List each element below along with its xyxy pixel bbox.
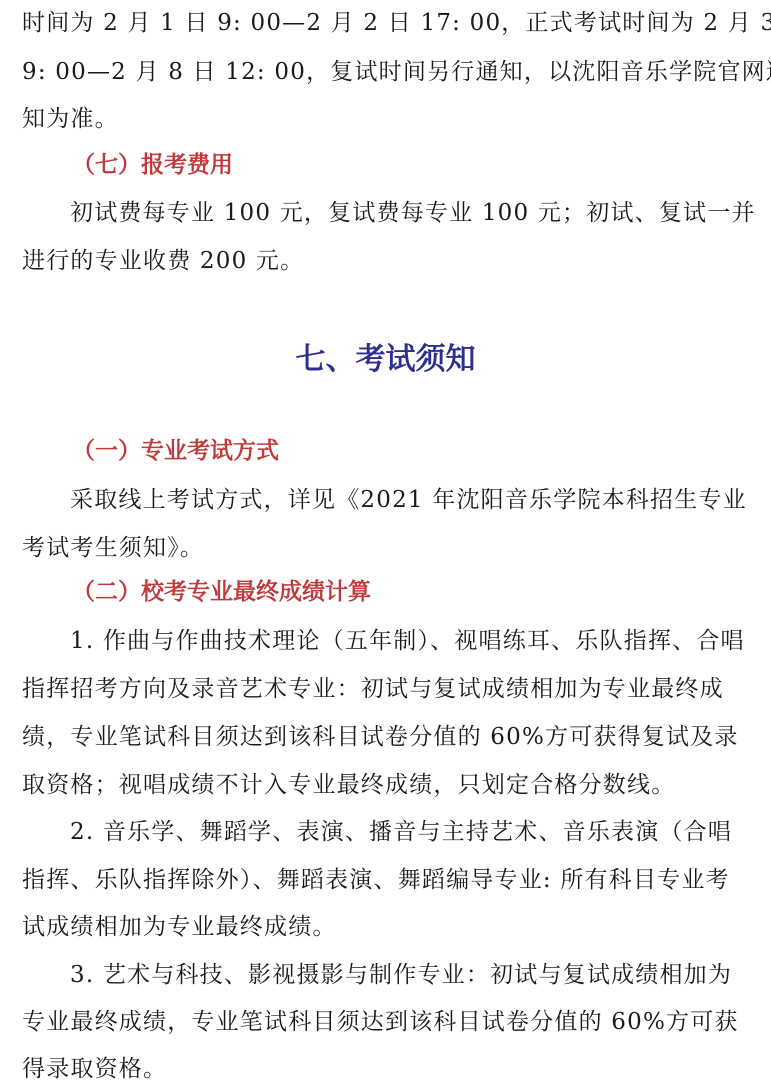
- item2-line-2: 指挥、乐队指挥除外）、舞蹈表演、舞蹈编导专业: 所有科目专业考: [22, 865, 730, 895]
- fee-line-1: 初试费每专业 100 元，复试费每专业 100 元；初试、复试一并: [70, 198, 756, 228]
- intro-line-2: 9: 00—2 月 8 日 12: 00，复试时间另行通知，以沈阳音乐学院官网通: [22, 57, 771, 87]
- intro-line-3: 知为准。: [22, 104, 119, 134]
- intro-line-1: 时间为 2 月 1 日 9: 00—2 月 2 日 17: 00，正式考试时间为…: [22, 8, 771, 38]
- exam-method-heading: （一）专业考试方式: [72, 436, 279, 466]
- item2-line-1: 2. 音乐学、舞蹈学、表演、播音与主持艺术、音乐表演（合唱: [70, 817, 732, 847]
- item1-line-3: 绩，专业笔试科目须达到该科目试卷分值的 60%方可获得复试及录: [22, 722, 739, 752]
- exam-method-line-1: 采取线上考试方式，详见《2021 年沈阳音乐学院本科招生专业: [70, 485, 747, 515]
- fee-line-2: 进行的专业收费 200 元。: [22, 246, 304, 276]
- item1-line-2: 指挥招考方向及录音艺术专业：初试与复试成绩相加为专业最终成: [22, 674, 724, 704]
- section-title: 七、考试须知: [0, 340, 771, 380]
- item1-line-1: 1. 作曲与作曲技术理论（五年制）、视唱练耳、乐队指挥、合唱: [70, 626, 745, 656]
- item3-line-2: 专业最终成绩，专业笔试科目须达到该科目试卷分值的 60%方可获: [22, 1007, 739, 1037]
- item3-line-1: 3. 艺术与科技、影视摄影与制作专业：初试与复试成绩相加为: [70, 960, 732, 990]
- final-score-heading: （二）校考专业最终成绩计算: [72, 577, 371, 607]
- item1-line-4: 取资格；视唱成绩不计入专业最终成绩，只划定合格分数线。: [22, 770, 675, 800]
- exam-method-line-2: 考试考生须知》。: [22, 533, 204, 563]
- item2-line-3: 试成绩相加为专业最终成绩。: [22, 912, 337, 942]
- fee-heading: （七）报考费用: [72, 150, 233, 180]
- item3-line-3: 得录取资格。: [22, 1054, 167, 1084]
